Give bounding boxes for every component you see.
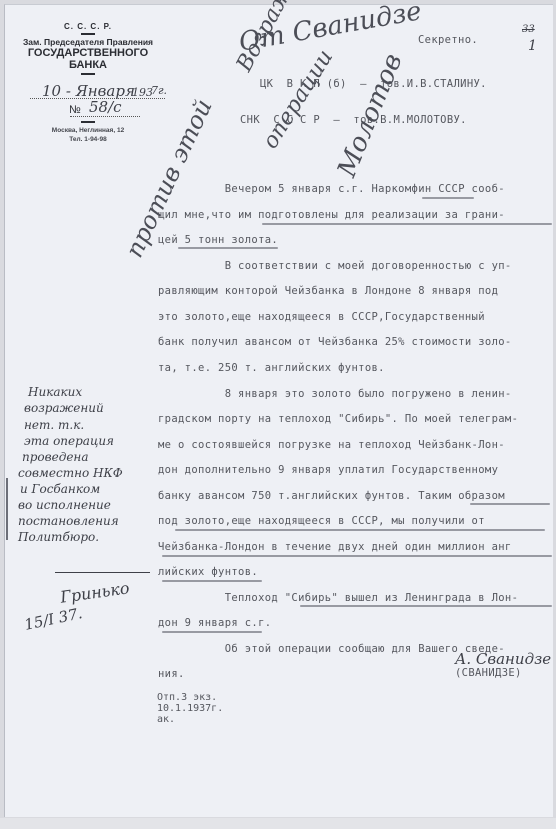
- pencil-underline: [175, 529, 545, 531]
- margin-note-line: проведена: [22, 450, 89, 464]
- pencil-underline: [162, 631, 262, 633]
- margin-bracket: [6, 478, 8, 540]
- body-line: банку авансом 750 т.английских фунтов. Т…: [158, 490, 505, 502]
- pencil-underline: [470, 503, 550, 505]
- body-line: дон 9 января с.г.: [158, 617, 271, 629]
- body-line: Теплоход "Сибирь" вышел из Ленинграда в …: [158, 592, 518, 604]
- body-line: лийских фунтов.: [158, 566, 258, 578]
- margin-note-line: и Госбанком: [20, 482, 100, 496]
- body-line: щил мне,что им подготовлены для реализац…: [158, 209, 505, 221]
- body-line: дон дополнительно 9 января уплатил Госуд…: [158, 464, 498, 476]
- archive-page-old: 33: [522, 24, 535, 35]
- letterhead: С. С. С. Р. Зам. Председателя Правления …: [20, 22, 156, 77]
- pencil-underline: [300, 605, 552, 607]
- signature-typed: (СВАНИДЗЕ): [455, 667, 522, 679]
- number-label: №: [69, 104, 81, 116]
- margin-note-line: возражений: [24, 401, 104, 415]
- secrecy-mark: Секретно.: [418, 34, 478, 46]
- letterhead-org-line3: БАНКА: [20, 59, 156, 71]
- margin-signature-line: [55, 572, 150, 573]
- footer-typist: ак.: [157, 714, 175, 725]
- footer-date: 10.1.1937г.: [157, 703, 223, 714]
- pencil-underline: [422, 197, 474, 199]
- scan-bottom-edge: [0, 818, 556, 829]
- body-line: цей 5 тонн золота.: [158, 234, 278, 246]
- body-line: Вечером 5 января с.г. Наркомфин СССР соо…: [158, 183, 505, 195]
- letterhead-org-line2: ГОСУДАРСТВЕННОГО: [20, 47, 156, 59]
- margin-note-line: Политбюро.: [18, 530, 99, 544]
- body-line: банк получил авансом от Чейзбанка 25% ст…: [158, 336, 512, 348]
- body-line: Об этой операции сообщаю для Вашего свед…: [158, 643, 505, 655]
- letterhead-country: С. С. С. Р.: [20, 22, 156, 31]
- body-line: под золото,еще находящееся в СССР, мы по…: [158, 515, 485, 527]
- pencil-underline: [162, 580, 262, 582]
- letterhead-phone: Тел. 1-94-98: [20, 136, 156, 143]
- letterhead-divider: [81, 121, 95, 123]
- number-value: 58/с: [89, 98, 122, 116]
- body-line: 8 января это золото было погружено в лен…: [158, 388, 512, 400]
- body-line: ния.: [158, 668, 185, 680]
- year-suffix: 7г.: [151, 84, 167, 97]
- pencil-underline: [162, 555, 552, 557]
- letterhead-divider: [81, 73, 95, 75]
- margin-note-line: нет. т.к.: [24, 418, 84, 432]
- letterhead-address: Москва, Неглинная, 12: [20, 127, 156, 134]
- body-line: Чейзбанка-Лондон в течение двух дней оди…: [158, 541, 512, 553]
- letterhead-org-line1: Зам. Председателя Правления: [20, 37, 156, 47]
- body-line: градском порту на теплоход "Сибирь". По …: [158, 413, 518, 425]
- body-line: это золото,еще находящееся в СССР,Госуда…: [158, 311, 485, 323]
- body-line: равляющим конторой Чейзбанка в Лондоне 8…: [158, 285, 498, 297]
- signature-handwritten: А. Сванидзе: [455, 650, 551, 668]
- margin-note-line: совместно НКФ: [18, 466, 123, 480]
- margin-note-line: Никаких: [28, 385, 82, 399]
- pencil-underline: [178, 247, 278, 249]
- body-line: та, т.е. 250 т. английских фунтов.: [158, 362, 385, 374]
- margin-note-line: постановления: [18, 514, 119, 528]
- footer-copies: Отп.3 экз.: [157, 692, 217, 703]
- margin-note-line: эта операция: [24, 434, 114, 448]
- letterhead-divider: [81, 33, 95, 35]
- archive-page-new: 1: [528, 38, 537, 54]
- margin-note-line: во исполнение: [18, 498, 111, 512]
- pencil-underline: [262, 223, 552, 225]
- body-line: ме о состоявшейся погрузке на теплоход Ч…: [158, 439, 505, 451]
- body-line: В соответствии с моей договоренностью с …: [158, 260, 512, 272]
